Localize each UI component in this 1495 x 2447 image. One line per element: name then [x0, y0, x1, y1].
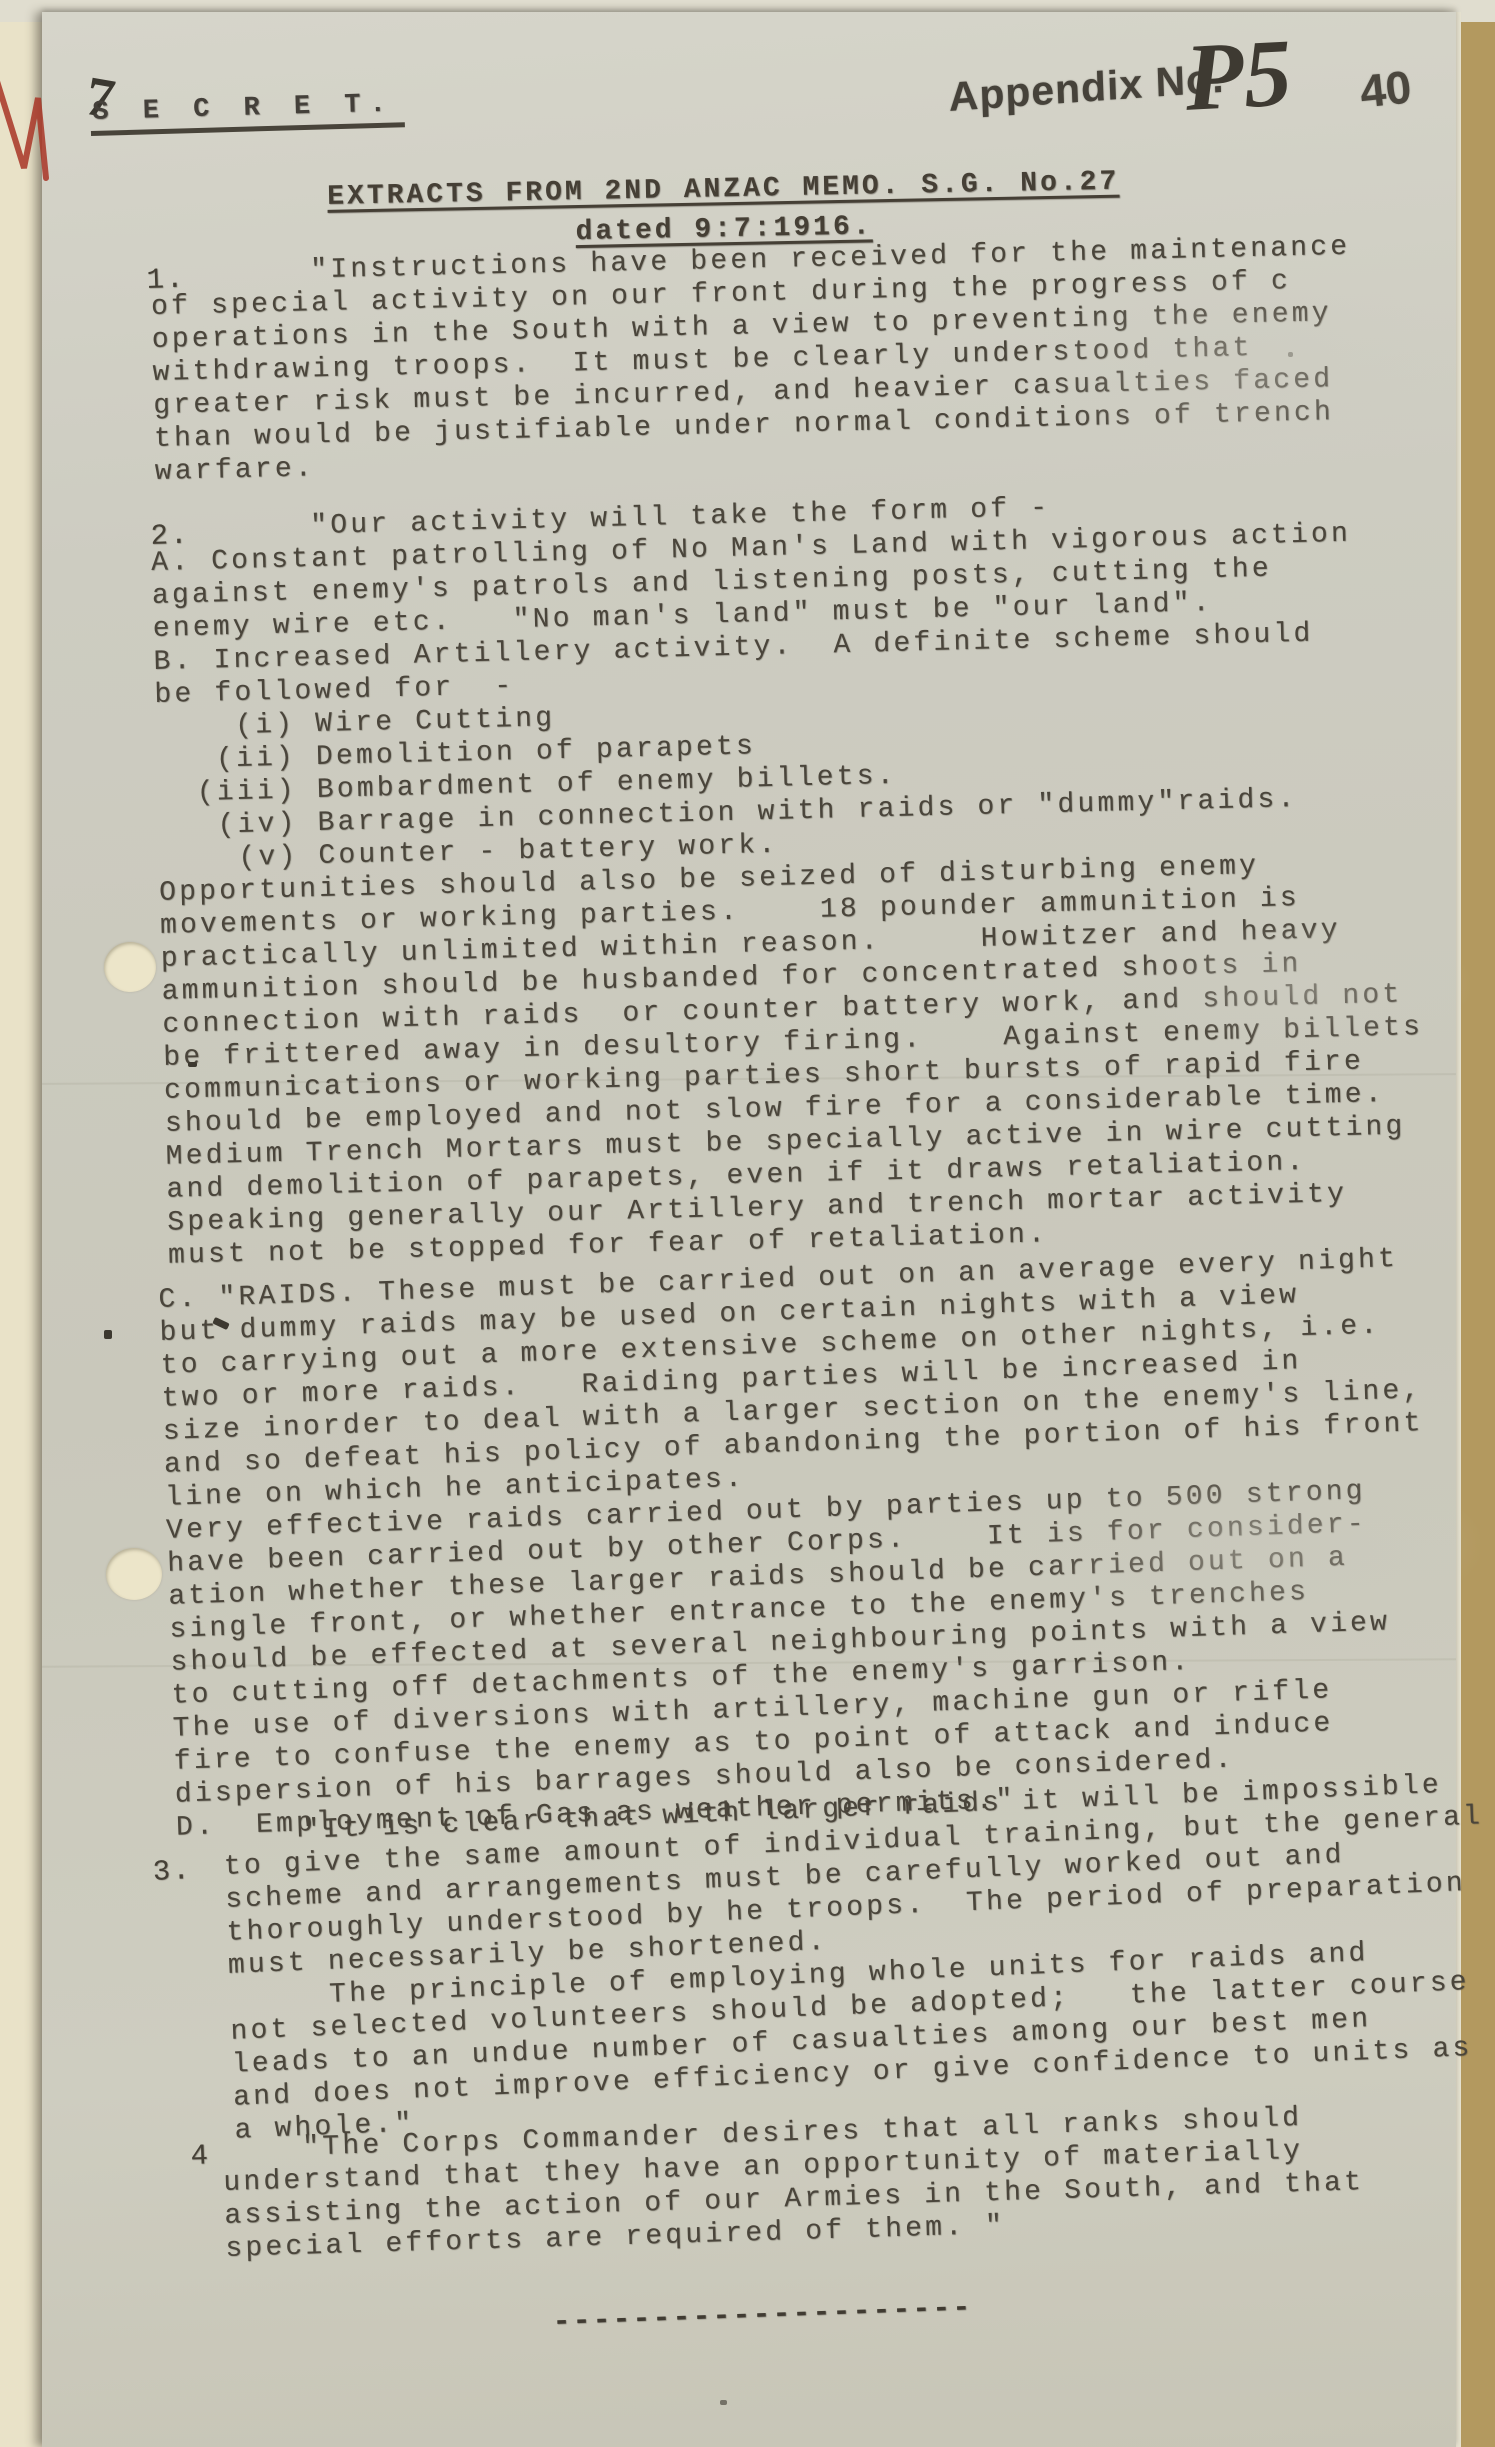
red-pen-mark [0, 60, 74, 200]
paragraph-number-4: 4 [190, 2139, 211, 2173]
ink-speck [188, 1062, 197, 1067]
punch-hole [104, 942, 156, 992]
punch-hole [106, 1548, 162, 1600]
ink-speck [720, 2400, 727, 2405]
paragraph-1: "Instructions have been received for the… [150, 231, 1355, 489]
ink-speck [520, 1250, 525, 1255]
page-number-stamp: 40 [1357, 59, 1414, 118]
appendix-number-handwritten: P5 [1182, 16, 1294, 132]
ink-speck [104, 1330, 112, 1339]
paragraph-3: "It is clear that with larger raids it w… [222, 1767, 1494, 2147]
paragraph-c-raids: C. "RAIDS. These must be carried out on … [158, 1242, 1436, 1844]
scanned-document-page: 7 S E C R E T. Appendix No. P5 40 EXTRAC… [0, 0, 1495, 2447]
paragraph-number-3: 3. [152, 1854, 192, 1889]
paragraph-2: "Our activity will take the form of -A. … [150, 483, 1428, 1273]
ink-speck [1288, 352, 1293, 357]
